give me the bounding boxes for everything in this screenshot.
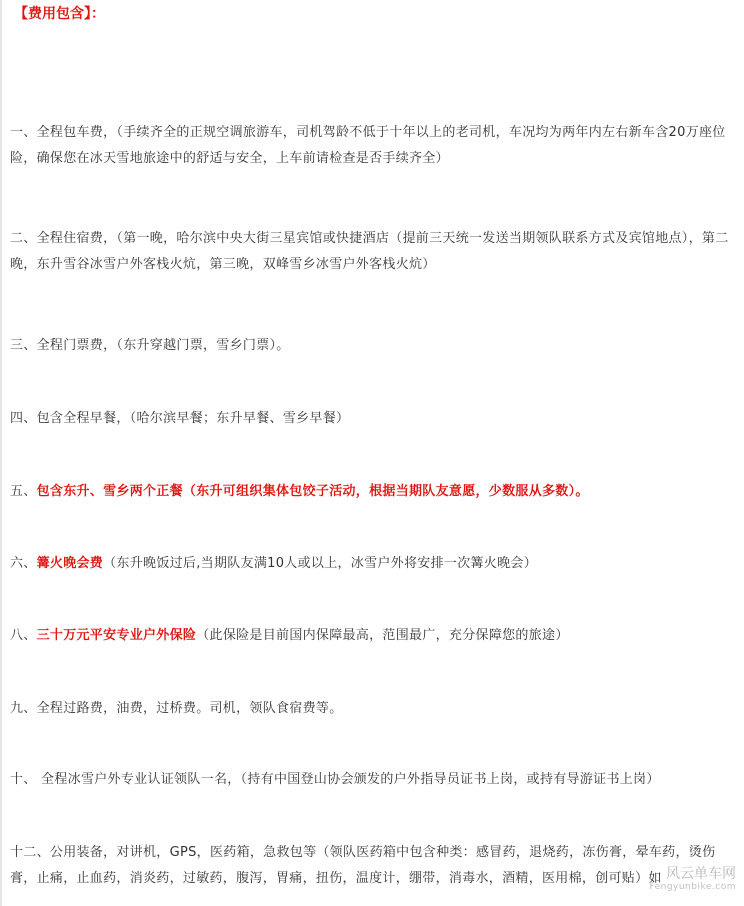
list-item-equipment: 十二、公用装备，对讲机，GPS，医药箱，急救包等（领队医药箱中包含种类：感冒药，… <box>10 840 738 892</box>
item-text: 全程住宿费，（第一晚，哈尔滨中央大街三星宾馆或快捷酒店（提前三天统一发送当期领队… <box>10 231 729 272</box>
item-prefix: 十二、 <box>10 845 50 860</box>
item-text: 全程门票费，（东升穿越门票，雪乡门票）。 <box>37 338 290 353</box>
item-prefix: 九、 <box>10 701 37 716</box>
item-prefix: 六、 <box>10 556 37 571</box>
item-text: 全程冰雪户外专业认证领队一名，（持有中国登山协会颁发的户外指导员证书上岗，或持有… <box>37 772 660 787</box>
item-prefix: 一、 <box>10 125 37 140</box>
item-highlight: 包含东升、雪乡两个正餐（东升可组织集体包饺子活动，根据当期队友意愿，少数服从多数… <box>37 484 589 499</box>
list-item-road-fees: 九、全程过路费，油费，过桥费。司机，领队食宿费等。 <box>10 696 738 722</box>
list-item-bonfire: 六、篝火晚会费（东升晚饭过后,当期队友满10人或以上，冰雪户外将安排一次篝火晚会… <box>10 551 738 577</box>
list-item-lodging-fee: 二、全程住宿费，（第一晚，哈尔滨中央大街三星宾馆或快捷酒店（提前三天统一发送当期… <box>10 226 738 278</box>
list-item-bus-fee: 一、全程包车费，（手续齐全的正规空调旅游车，司机驾龄不低于十年以上的老司机，车况… <box>10 120 738 172</box>
item-text: （东升晚饭过后,当期队友满10人或以上，冰雪户外将安排一次篝火晚会） <box>103 556 537 571</box>
watermark-title: 风云单车网 <box>666 866 736 882</box>
site-watermark: 风云单车网 Fengyunbike.com <box>649 866 736 892</box>
list-item-insurance: 八、三十万元平安专业户外保险（此保险是目前国内保障最高，范围最广，充分保障您的旅… <box>10 623 738 649</box>
list-item-ticket-fee: 三、全程门票费，（东升穿越门票，雪乡门票）。 <box>10 333 738 359</box>
section-heading: 【费用包含】： <box>14 4 105 24</box>
item-prefix: 五、 <box>10 484 37 499</box>
item-text: （此保险是目前国内保障最高，范围最广，充分保障您的旅途） <box>196 628 568 643</box>
left-border <box>0 0 2 906</box>
item-text: 全程包车费，（手续齐全的正规空调旅游车，司机驾龄不低于十年以上的老司机，车况均为… <box>10 125 726 166</box>
item-text: 公用装备，对讲机，GPS，医药箱，急救包等（领队医药箱中包含种类：感冒药，退烧药… <box>10 845 715 886</box>
item-prefix: 十、 <box>10 772 37 787</box>
item-highlight: 篝火晚会费 <box>37 556 104 571</box>
item-prefix: 三、 <box>10 338 37 353</box>
watermark-subtitle: Fengyunbike.com <box>649 882 736 892</box>
list-item-meals: 五、包含东升、雪乡两个正餐（东升可组织集体包饺子活动，根据当期队友意愿，少数服从… <box>10 479 738 505</box>
item-prefix: 二、 <box>10 231 37 246</box>
item-text: 全程过路费，油费，过桥费。司机，领队食宿费等。 <box>37 701 343 716</box>
list-item-guide: 十、 全程冰雪户外专业认证领队一名，（持有中国登山协会颁发的户外指导员证书上岗，… <box>10 767 738 793</box>
item-highlight: 三十万元平安专业户外保险 <box>37 628 197 643</box>
item-prefix: 四、 <box>10 411 37 426</box>
item-text: 包含全程早餐，（哈尔滨早餐；东升早餐、雪乡早餐） <box>37 411 350 426</box>
item-prefix: 八、 <box>10 628 37 643</box>
list-item-breakfast: 四、包含全程早餐，（哈尔滨早餐；东升早餐、雪乡早餐） <box>10 406 738 432</box>
